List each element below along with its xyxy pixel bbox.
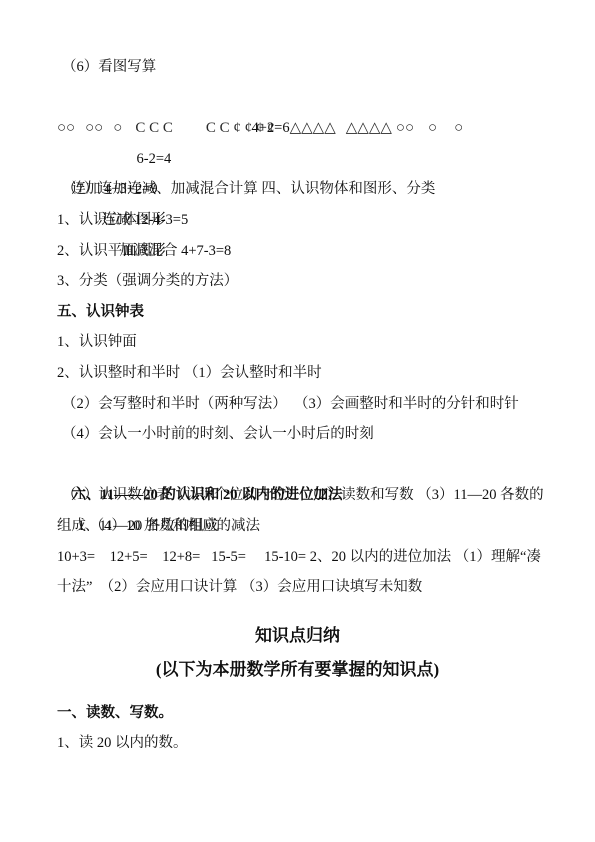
section5-line2: 2、认识整时和半时 （1）会认整时和半时 [57, 358, 538, 389]
circle-group: ○○ [85, 113, 103, 144]
list-item-classification: 3、分类（强调分类的方法） [57, 266, 538, 297]
section6-line2: 组成 （4）10 加几和相应的减法 [57, 511, 538, 542]
section6-line1: （1）认识数位表（认识个位和十位） （2）读数和写数 （3）11—20 各数的 [57, 480, 538, 511]
section5-line3: （2）会写整时和半时（两种写法） （3）会画整时和半时的分针和时针 [57, 389, 538, 420]
equation-subtraction: 6-2=4 [137, 144, 172, 175]
circle-group: ○ [454, 113, 463, 144]
circle-group: ○○ [396, 113, 414, 144]
equations-row: 4+2=6 6-2=4 [57, 83, 538, 114]
section5-line4: （4）会认一小时前的时刻、会认一小时后的时刻 [57, 419, 538, 450]
section6-line3: 10+3= 12+5= 12+8= 15-5= 15-10= 2、20 以内的进… [57, 542, 538, 573]
document-page: （6）看图写算 4+2=6 6-2=4 ○○ ○○ ○ C C C C C ¢ … [0, 0, 595, 842]
triangle-group: △△△△ [290, 113, 336, 144]
summary-subtitle: (以下为本册数学所有要掌握的知识点) [57, 653, 538, 687]
list-item-solid-shapes: 1、认识立体图形 [57, 205, 538, 236]
circle-group: ○ [428, 113, 437, 144]
item6-heading: （6）看图写算 [57, 52, 538, 83]
circle-group: ○○ [57, 113, 75, 144]
summary-section1-heading: 一、读数、写数。 [57, 698, 538, 729]
section5-line1: 1、认识钟面 [57, 327, 538, 358]
circle-group: ○ [113, 113, 122, 144]
triangle-group: △△△△ [346, 113, 392, 144]
section6-line4: 十法” （2）会应用口诀计算 （3）会应用口诀填写未知数 [57, 572, 538, 603]
c-cent-shapes-group: C C ¢ ¢ ¢ ¢ [206, 113, 275, 144]
item7-heading: （7）连加连减、加减混合计算 四、认识物体和图形、分类 [57, 174, 538, 205]
c-shapes-group: C C C [135, 113, 173, 144]
summary-section1-item: 1、读 20 以内的数。 [57, 728, 538, 759]
list-item-plane-shapes: 2、认识平面图形 [57, 236, 538, 267]
section6-heading: 六、11——20 的认识和 20 以内的进位加法 1、11—20 各数的组成 [57, 450, 538, 481]
section5-heading: 五、认识钟表 [57, 297, 538, 328]
summary-title: 知识点归纳 [57, 619, 538, 653]
